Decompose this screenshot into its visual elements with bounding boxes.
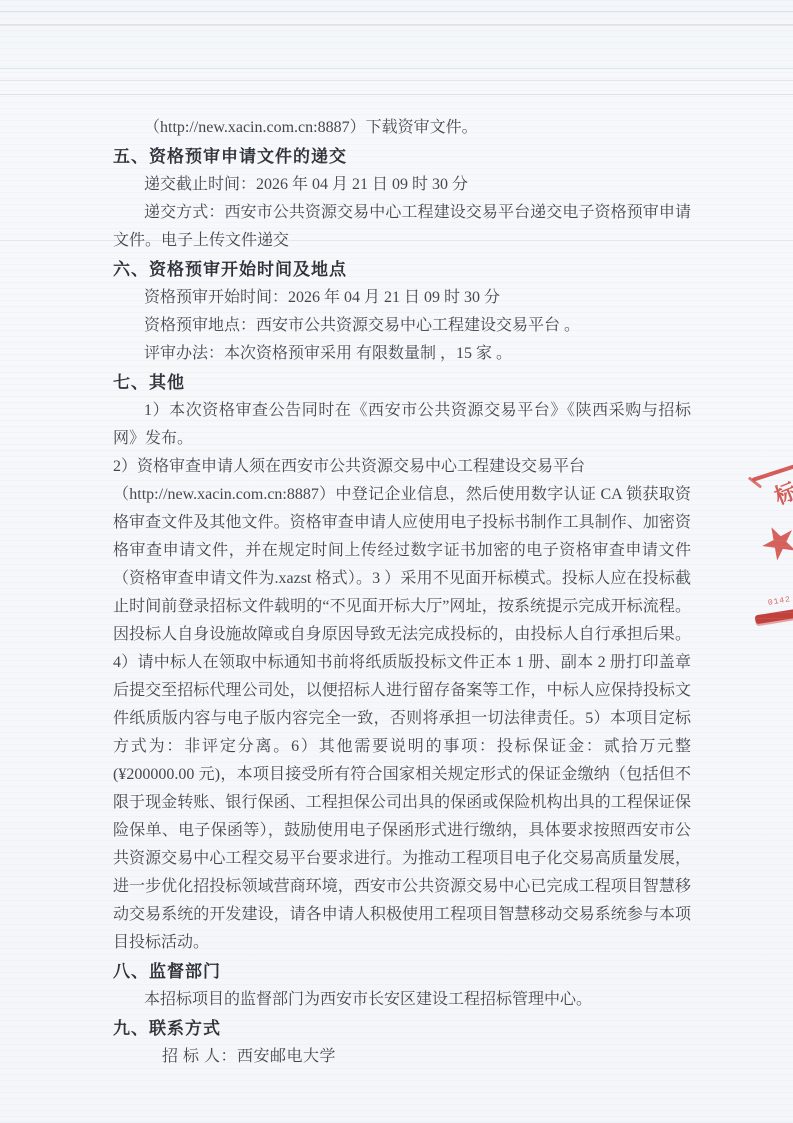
document-body: （http://new.xacin.com.cn:8887）下载资审文件。 五、… <box>113 114 691 1071</box>
tenderer-line: 招 标 人：西安邮电大学 <box>113 1043 691 1071</box>
scanned-document-page: （http://new.xacin.com.cn:8887）下载资审文件。 五、… <box>0 0 793 1123</box>
submission-method-line: 递交方式：西安市公共资源交易中心工程建设交易平台递交电子资格预审申请文件。电子上… <box>113 199 691 255</box>
scan-artifact-line <box>0 11 793 12</box>
scan-artifact-line <box>0 80 793 81</box>
section-heading: 五、资格预审申请文件的递交 <box>113 143 691 171</box>
section-8-supervision: 八、监督部门 本招标项目的监督部门为西安市长安区建设工程招标管理中心。 <box>113 958 691 1014</box>
review-method-line: 评审办法：本次资格预审采用 有限数量制 ，15 家 。 <box>113 340 691 368</box>
start-time-line: 资格预审开始时间：2026 年 04 月 21 日 09 时 30 分 <box>113 284 691 312</box>
seal-star-icon: ★ <box>752 514 793 571</box>
other-items-3-to-6: （http://new.xacin.com.cn:8887）中登记企业信息，然后… <box>113 481 691 957</box>
section-5-submission: 五、资格预审申请文件的递交 递交截止时间：2026 年 04 月 21 日 09… <box>113 143 691 255</box>
scan-artifact-line <box>0 24 793 26</box>
section-6-prequalification-time: 六、资格预审开始时间及地点 资格预审开始时间：2026 年 04 月 21 日 … <box>113 256 691 368</box>
location-line: 资格预审地点：西安市公共资源交易中心工程建设交易平台 。 <box>113 312 691 340</box>
seal-ink-bar <box>755 609 793 625</box>
section-heading: 七、其他 <box>113 369 691 397</box>
red-seal-stamp: 标 ★ 0142 <box>751 455 793 645</box>
other-item-1: 1）本次资格审查公告同时在《西安市公共资源交易平台》《陕西采购与招标网》发布。 <box>113 397 691 453</box>
seal-small-code: 0142 <box>767 596 791 608</box>
section-heading: 六、资格预审开始时间及地点 <box>113 256 691 284</box>
other-item-2: 2）资格审查申请人须在西安市公共资源交易中心工程建设交易平台 <box>113 453 691 481</box>
section-heading: 八、监督部门 <box>113 958 691 986</box>
scan-artifact-line <box>0 94 793 95</box>
section-9-contact: 九、联系方式 招 标 人：西安邮电大学 <box>113 1015 691 1071</box>
seal-arc-stroke <box>752 462 793 482</box>
section-7-other: 七、其他 1）本次资格审查公告同时在《西安市公共资源交易平台》《陕西采购与招标网… <box>113 369 691 957</box>
seal-arc-stroke <box>748 476 762 488</box>
section-heading: 九、联系方式 <box>113 1015 691 1043</box>
seal-character: 标 <box>772 480 793 509</box>
supervision-department-line: 本招标项目的监督部门为西安市长安区建设工程招标管理中心。 <box>113 986 691 1014</box>
scan-artifact-line <box>0 68 793 69</box>
download-url-line: （http://new.xacin.com.cn:8887）下载资审文件。 <box>113 114 691 142</box>
deadline-line: 递交截止时间：2026 年 04 月 21 日 09 时 30 分 <box>113 171 691 199</box>
